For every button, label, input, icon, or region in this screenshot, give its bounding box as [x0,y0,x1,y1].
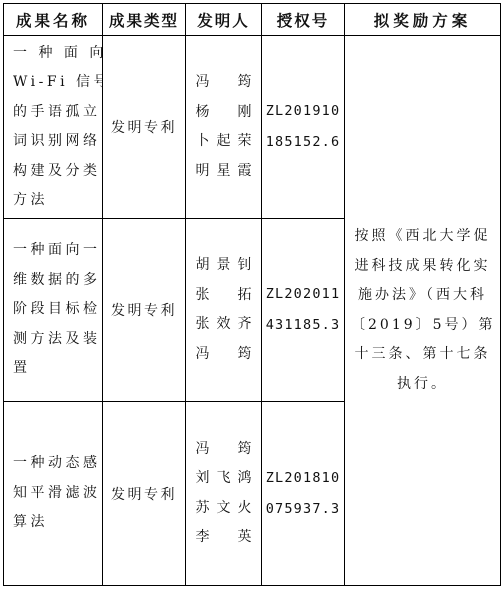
inventor-char: 苏 [196,494,210,524]
inventor: 冯 筠 [196,435,252,465]
inventor-char: 霞 [238,157,252,187]
inventor-char: 卜 [196,127,210,157]
inventor-char: 张 [196,281,210,311]
name-line: 的手语孤立 [13,98,96,128]
inventor-char: 飞 [217,464,231,494]
inventor-char: 筠 [238,68,252,98]
patent-number-cell: ZL201910 185152.6 [262,36,345,219]
inventor-char: 张 [196,310,210,340]
award-table: 成果名称 成果类型 发明人 授权号 拟奖励方案 一 种 面 向 Wi-Fi 信号… [3,3,501,586]
name-line: 方法 [13,186,96,216]
inventor-char: 火 [238,494,252,524]
inventor-list: 冯 筠 杨 刚 卜 起 荣 明 星 霞 [196,68,252,186]
table-row: 一 种 面 向 Wi-Fi 信号 的手语孤立 词识别网络 构建及分类 方法 发明… [4,36,501,219]
header-achievement-name: 成果名称 [4,4,103,36]
inventor-char: 钊 [238,251,252,281]
inventors-cell: 冯 筠 刘 飞 鸿 苏 文 火 李 英 [186,402,262,586]
patent-number-line: ZL201910 [262,96,344,127]
name-line: 测方法及装 [13,325,96,355]
name-line: 一种动态感 [13,449,96,479]
name-line: 知平滑滤波 [13,479,96,509]
patent-number-line: 185152.6 [262,127,344,158]
inventor-char: 景 [217,251,231,281]
inventor-char: 杨 [196,98,210,128]
patent-number-cell: ZL201810 075937.3 [262,402,345,586]
inventor: 杨 刚 [196,98,252,128]
inventor: 冯 筠 [196,68,252,98]
inventor-list: 胡 景 钊 张 拓 张 效 齐 冯 筠 [196,251,252,369]
inventors-cell: 胡 景 钊 张 拓 张 效 齐 冯 筠 [186,219,262,402]
plan-line: 进科技成果转化实 [351,252,494,282]
inventor-char: 文 [217,494,231,524]
inventor-char: 英 [238,523,252,553]
inventor-char: 冯 [196,68,210,98]
achievement-name-cell: 一种动态感 知平滑滤波 算法 [4,402,103,586]
inventors-cell: 冯 筠 杨 刚 卜 起 荣 明 星 霞 [186,36,262,219]
inventor-char: 冯 [196,435,210,465]
inventor-char: 效 [217,310,231,340]
inventor-char: 筠 [238,435,252,465]
name-line: 一 种 面 向 [13,39,96,69]
patent-number-line: 431185.3 [262,310,344,341]
inventor-char: 起 [217,127,231,157]
inventor-char: 明 [196,157,210,187]
inventor-char: 刚 [238,98,252,128]
name-line: 阶段目标检 [13,295,96,325]
award-plan-cell: 按照《西北大学促 进科技成果转化实 施办法》（西大科 〔2019〕5号）第 十三… [345,36,501,586]
plan-line: 执行。 [351,370,494,400]
inventor: 胡 景 钊 [196,251,252,281]
inventor: 冯 筠 [196,340,252,370]
name-line: Wi-Fi 信号 [13,68,96,98]
achievement-type-cell: 发明专利 [103,402,186,586]
patent-number-line: 075937.3 [262,494,344,525]
inventor-list: 冯 筠 刘 飞 鸿 苏 文 火 李 英 [196,435,252,553]
plan-line: 施办法》（西大科 [351,281,494,311]
inventor-char: 胡 [196,251,210,281]
name-line: 维数据的多 [13,266,96,296]
plan-line: 〔2019〕5号）第 [351,311,494,341]
name-line: 算法 [13,508,96,538]
inventor-char: 刘 [196,464,210,494]
header-inventors: 发明人 [186,4,262,36]
inventor-char: 星 [217,157,231,187]
inventor: 刘 飞 鸿 [196,464,252,494]
header-row: 成果名称 成果类型 发明人 授权号 拟奖励方案 [4,4,501,36]
name-line: 词识别网络 [13,127,96,157]
header-achievement-type: 成果类型 [103,4,186,36]
inventor: 李 英 [196,523,252,553]
plan-line: 十三条、第十七条 [351,340,494,370]
achievement-name-cell: 一种面向一 维数据的多 阶段目标检 测方法及装 置 [4,219,103,402]
inventor-char: 荣 [238,127,252,157]
inventor-char: 齐 [238,310,252,340]
patent-number-line: ZL201810 [262,463,344,494]
inventor: 张 效 齐 [196,310,252,340]
header-patent-number: 授权号 [262,4,345,36]
inventor: 卜 起 荣 [196,127,252,157]
achievement-name-cell: 一 种 面 向 Wi-Fi 信号 的手语孤立 词识别网络 构建及分类 方法 [4,36,103,219]
patent-number-cell: ZL202011 431185.3 [262,219,345,402]
inventor-char: 鸿 [238,464,252,494]
inventor-char: 拓 [238,281,252,311]
inventor-char: 冯 [196,340,210,370]
inventor-char: 李 [196,523,210,553]
plan-line: 按照《西北大学促 [351,222,494,252]
inventor: 张 拓 [196,281,252,311]
name-line: 一种面向一 [13,236,96,266]
inventor: 苏 文 火 [196,494,252,524]
patent-number-line: ZL202011 [262,279,344,310]
header-award-plan: 拟奖励方案 [345,4,501,36]
name-line: 置 [13,354,96,384]
inventor-char: 筠 [238,340,252,370]
achievement-type-cell: 发明专利 [103,219,186,402]
name-line: 构建及分类 [13,157,96,187]
inventor: 明 星 霞 [196,157,252,187]
achievement-type-cell: 发明专利 [103,36,186,219]
